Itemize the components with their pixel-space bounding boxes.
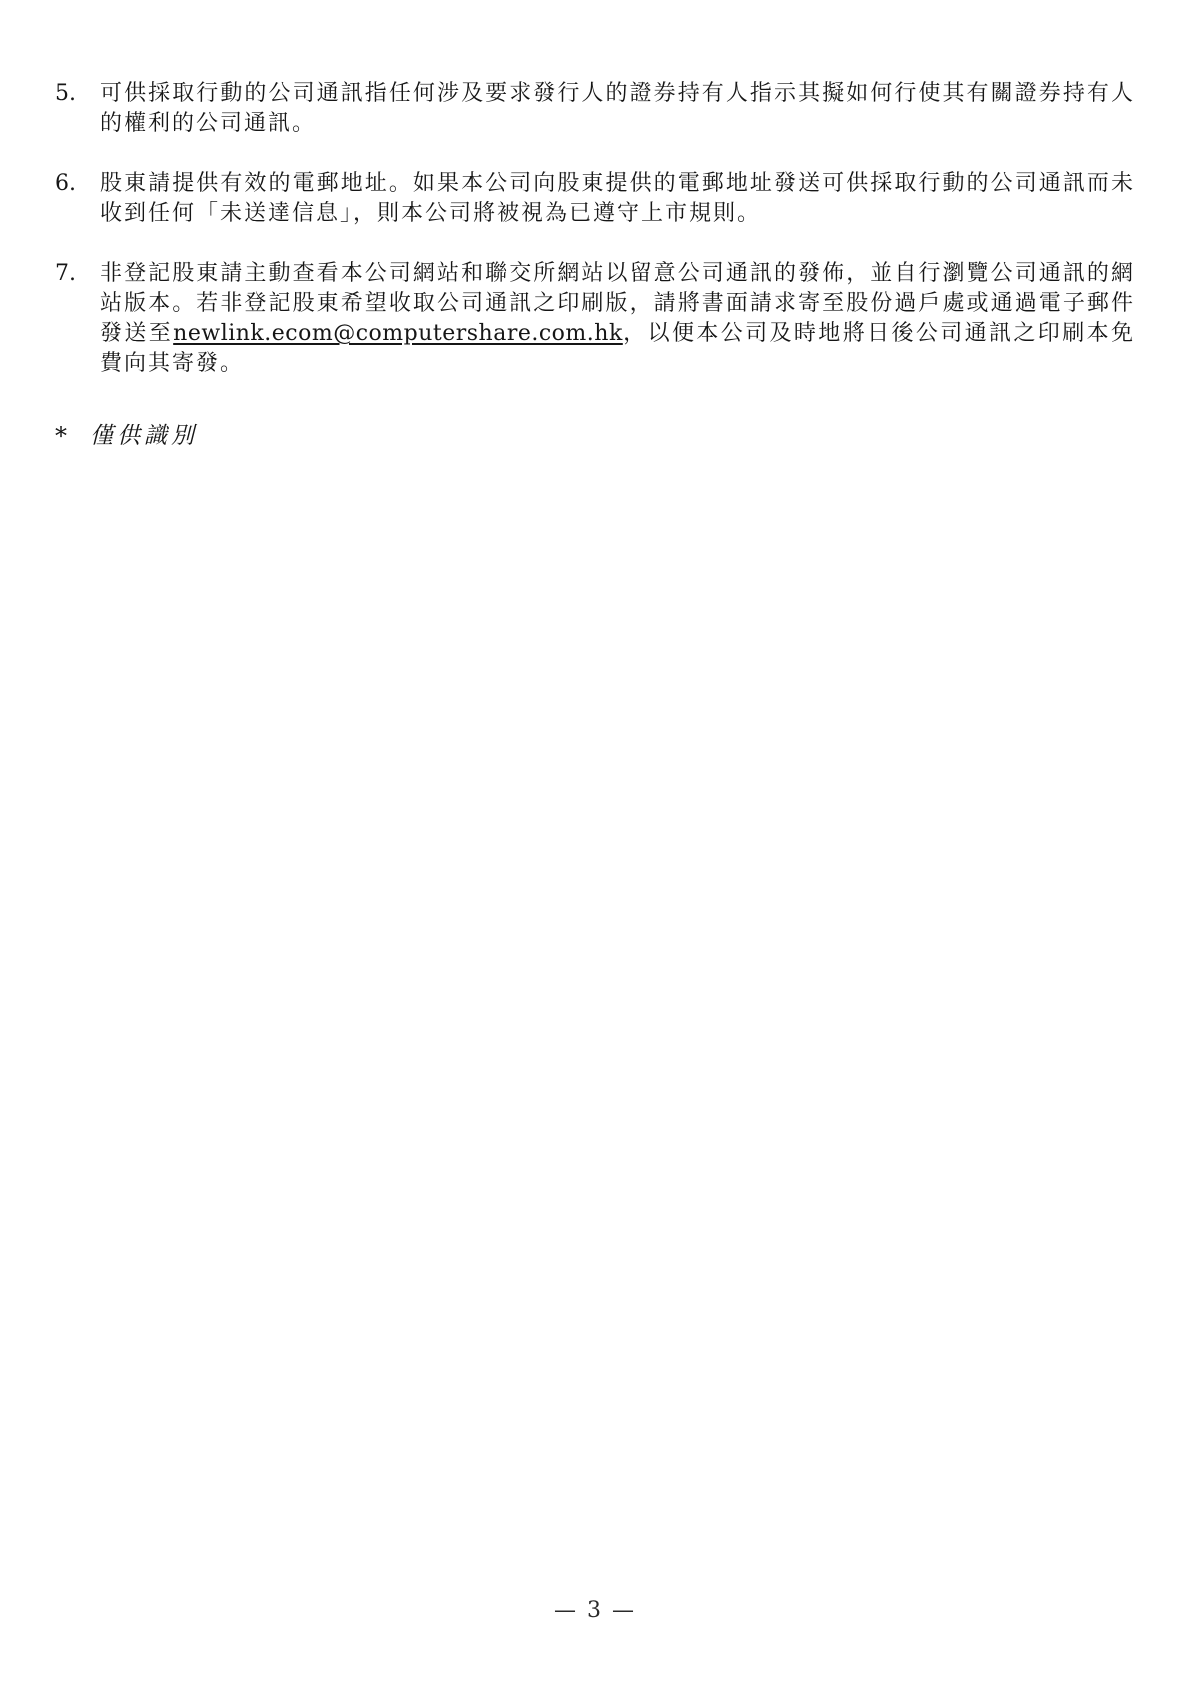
footnote-asterisk: * <box>55 421 90 451</box>
item-number: 6. <box>55 169 100 199</box>
item-text: 非登記股東請主動查看本公司網站和聯交所網站以留意公司通訊的發佈，並自行瀏覽公司通… <box>100 259 1135 379</box>
item-text: 股東請提供有效的電郵地址。如果本公司向股東提供的電郵地址發送可供採取行動的公司通… <box>100 169 1135 229</box>
item-number: 5. <box>55 79 100 109</box>
item-text: 可供採取行動的公司通訊指任何涉及要求發行人的證券持有人指示其擬如何行使其有關證券… <box>100 79 1135 139</box>
list-item-6: 6. 股東請提供有效的電郵地址。如果本公司向股東提供的電郵地址發送可供採取行動的… <box>55 169 1135 229</box>
list-item-5: 5. 可供採取行動的公司通訊指任何涉及要求發行人的證券持有人指示其擬如何行使其有… <box>55 79 1135 139</box>
email-link[interactable]: newlink.ecom@computershare.com.hk <box>173 321 623 346</box>
footnote: * 僅供識別 <box>55 421 1135 451</box>
document-page: 5. 可供採取行動的公司通訊指任何涉及要求發行人的證券持有人指示其擬如何行使其有… <box>0 0 1190 1683</box>
list-item-7: 7. 非登記股東請主動查看本公司網站和聯交所網站以留意公司通訊的發佈，並自行瀏覽… <box>55 259 1135 379</box>
item-number: 7. <box>55 259 100 289</box>
page-number: — 3 — <box>0 1598 1190 1623</box>
footnote-text: 僅供識別 <box>90 421 198 451</box>
notes-section: 5. 可供採取行動的公司通訊指任何涉及要求發行人的證券持有人指示其擬如何行使其有… <box>0 0 1190 451</box>
